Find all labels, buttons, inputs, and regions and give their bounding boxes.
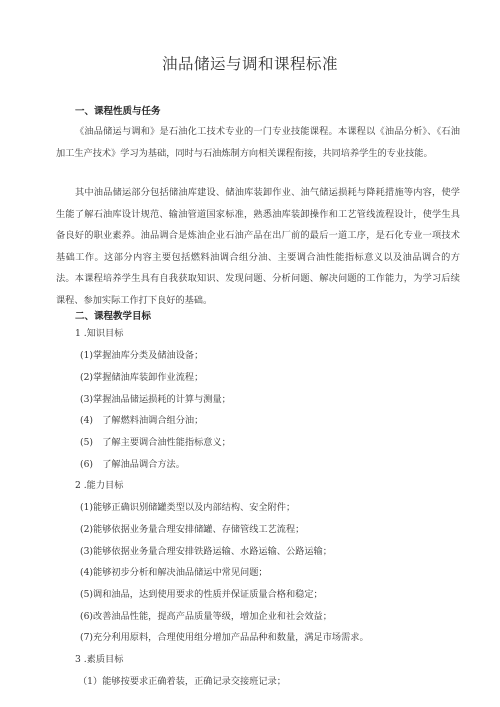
list-item: (1)掌握油库分类及储油设备； bbox=[80, 347, 203, 361]
list-item: (4)能够初步分析和解决油品储运中常见问题； bbox=[80, 564, 268, 578]
list-item: (5)调和油品，达到使用要求的性质并保证质量合格和稳定； bbox=[80, 586, 323, 600]
list-item: （1）能够按要求正确着装，正确记录交接班记录； bbox=[78, 673, 286, 687]
subsection-label-quality: 3 .素质目标 bbox=[75, 651, 123, 665]
list-item: (5) 了解主要调合油性能指标意义； bbox=[80, 434, 231, 448]
list-item: (6) 了解油品调合方法。 bbox=[80, 456, 185, 470]
list-item: (1)能够正确识别储罐类型以及内部结构、安全附件； bbox=[80, 499, 295, 513]
subsection-label-ability: 2 .能力目标 bbox=[75, 477, 123, 491]
list-item: (3)能够依据业务量合理安排铁路运输、水路运输、公路运输； bbox=[80, 543, 332, 557]
section-heading-1: 一、课程性质与任务 bbox=[75, 103, 161, 117]
document-page: 油品储运与调和课程标准 一、课程性质与任务 《油品储运与调和》是石油化工技术专业… bbox=[0, 0, 500, 707]
list-item: (2)掌握储油库装卸作业流程； bbox=[80, 369, 203, 383]
document-title: 油品储运与调和课程标准 bbox=[0, 52, 500, 74]
list-item: (2)能够依据业务量合理安排储罐、存储管线工艺流程； bbox=[80, 521, 304, 535]
section-heading-2: 二、课程教学目标 bbox=[75, 308, 151, 322]
subsection-label-knowledge: 1 .知识目标 bbox=[75, 325, 123, 339]
paragraph-course-content: 其中油品储运部分包括储油库建设、储油库装卸作业、油气储运损耗与降耗措施等内容，使… bbox=[56, 182, 460, 311]
list-item: (4) 了解燃料油调合组分油； bbox=[80, 412, 203, 426]
paragraph-course-nature: 《油品储运与调和》是石油化工技术专业的一门专业技能课程。本课程以《油品分析》、《… bbox=[56, 121, 460, 164]
list-item: (3)掌握油品储运损耗的计算与测量； bbox=[80, 391, 231, 405]
list-item: (7)充分利用原料，合理使用组分增加产品品种和数量，满足市场需求。 bbox=[80, 629, 369, 643]
list-item: (6)改善油品性能，提高产品质量等级，增加企业和社会效益； bbox=[80, 608, 332, 622]
